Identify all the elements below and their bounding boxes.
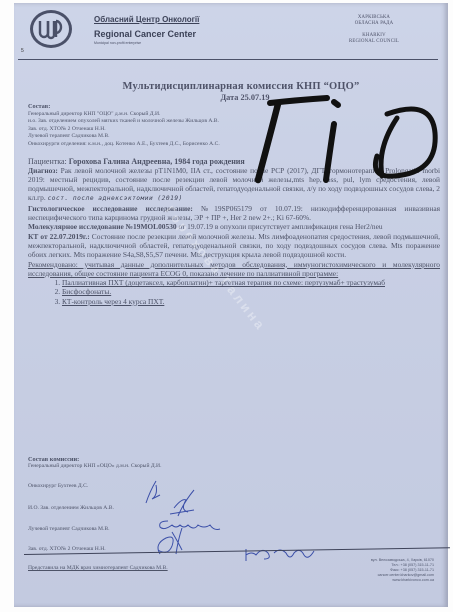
- patient-label: Пациентка:: [28, 157, 67, 166]
- contact-footer: вул. Велозаводська, 4, Харків, 61070 Тел…: [371, 558, 434, 583]
- handwritten-stamp: [242, 88, 453, 188]
- org-name-en: Regional Cancer Center: [94, 29, 196, 39]
- signature-row: Генеральный директор КНП «ОЦО» д.м.н. Ск…: [28, 463, 162, 469]
- oco-logo-icon: [30, 10, 72, 48]
- letterhead: 5 Обласний Центр Онкології Regional Canc…: [14, 3, 448, 61]
- ct-paragraph: КТ от 22.07.2019г.: Состояние после резе…: [28, 232, 440, 260]
- handwritten-gid-icon: [242, 88, 453, 188]
- molecular-label: Молекулярное исследование №19MOL00530: [28, 222, 177, 231]
- recommendation-item: Бисфосфонаты.: [62, 287, 440, 296]
- histology-paragraph: Гистологическое исследование исследовани…: [28, 204, 440, 223]
- molecular-paragraph: Молекулярное исследование №19MOL00530 от…: [28, 222, 440, 231]
- org-name-ua: Обласний Центр Онкології: [94, 15, 199, 24]
- signatures-heading: Состав комиссии:: [28, 456, 79, 463]
- signature-row: И.О. Зав. отделением Жильцов А.В.: [28, 505, 114, 511]
- handwritten-note: сост. после аднексэктомии (2019): [48, 195, 183, 202]
- signature-row: Зав. отд. ХТО№ 2 Отченаш Н.Н.: [28, 546, 106, 552]
- document-page: 5 Обласний Центр Онкології Regional Canc…: [14, 3, 448, 607]
- patient-name: Горохова Галина Андреевна, 1984 года рож…: [69, 157, 245, 166]
- recommendation-item: Паллиативная ПХТ (доцетаксел, карбоплати…: [62, 278, 440, 287]
- signature-otchenash-icon: [152, 528, 192, 558]
- regional-council: ХАРКІВСЬКА ОБЛАСНА РАДА KHARKIV REGIONAL…: [334, 15, 414, 45]
- molecular-text: от 19.07.19 в опухоли присутствует ампли…: [178, 222, 382, 231]
- ct-label: КТ от 22.07.2019г.:: [28, 232, 90, 241]
- signature-row: Лучевой терапевт Садчикова М.В.: [28, 526, 110, 532]
- diagnosis-label: Диагноз:: [28, 166, 58, 175]
- header-divider: [18, 59, 438, 60]
- council-en-line2: REGIONAL COUNCIL: [334, 39, 414, 45]
- footer-website: www.kharkivonco.com.ua: [371, 578, 434, 583]
- org-subtitle: Municipal non-profit enterprise: [94, 41, 141, 45]
- recommendation-paragraph: Рекомендовано: учитывая данные дополните…: [28, 260, 440, 279]
- page-number: 5: [21, 48, 24, 54]
- submitted-by-row: Представила на МДК врач химиотерапевт Са…: [28, 565, 168, 571]
- ct-text: Состояние после резекции левой молочной …: [28, 232, 440, 260]
- signature-submitter-icon: [242, 543, 322, 565]
- signature-row: Онкохирург Бухтеев Д.С.: [28, 483, 88, 489]
